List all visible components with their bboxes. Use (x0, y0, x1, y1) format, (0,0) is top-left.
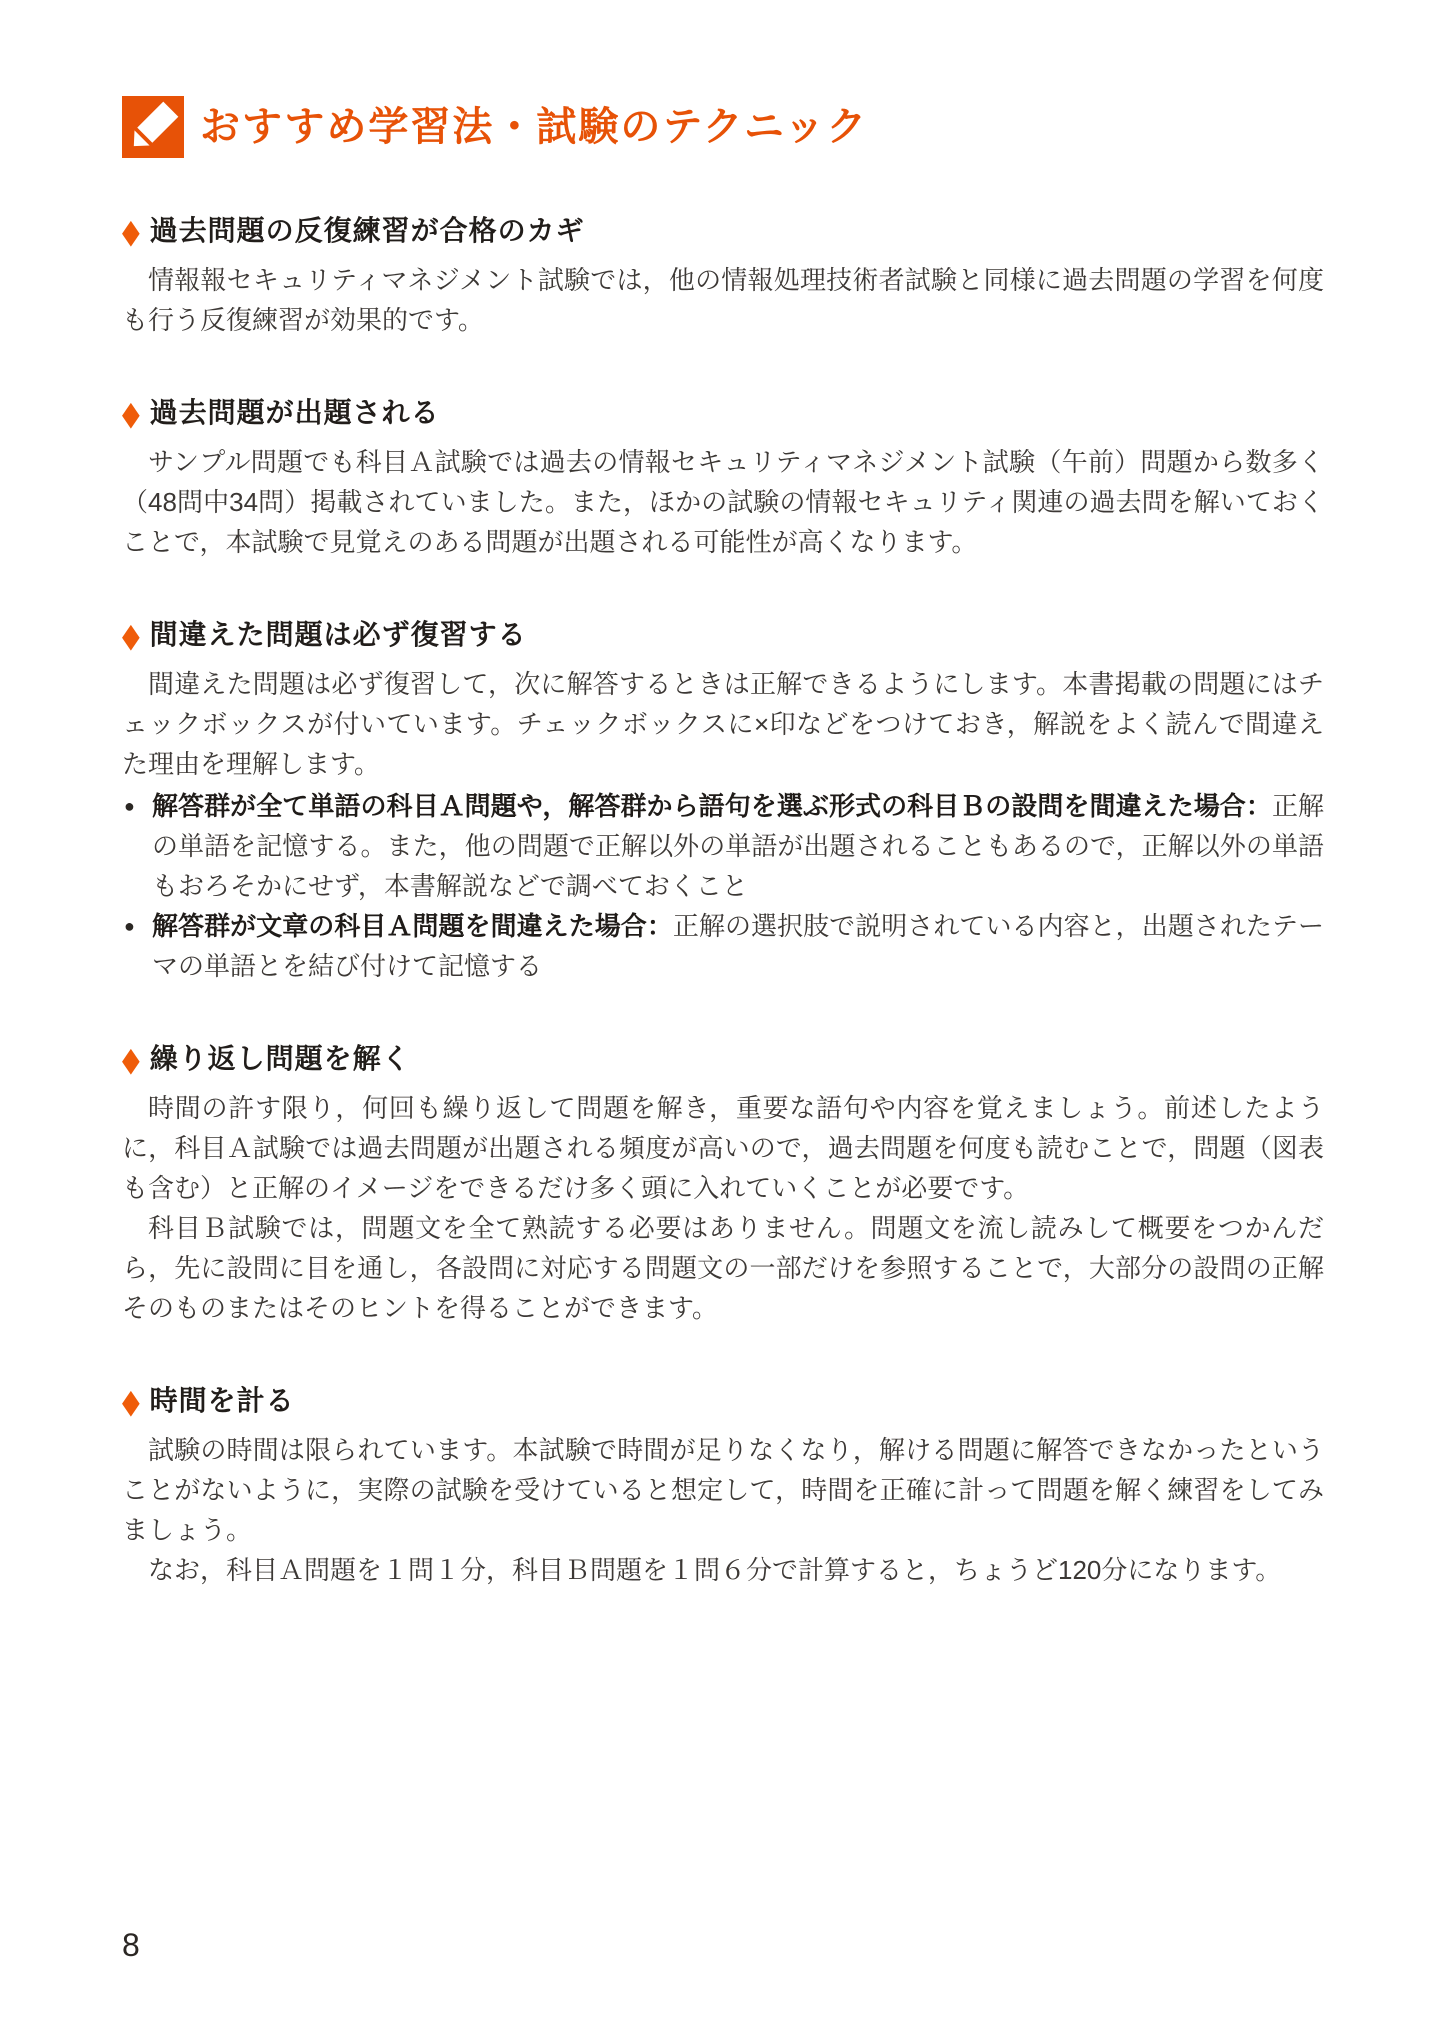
page-content: おすすめ学習法・試験のテクニック ◆ 過去問題の反復練習が合格のカギ 情報報セキ… (122, 96, 1324, 1590)
bullet-bold-label: 解答群が文章の科目Ａ問題を間違えた場合： (152, 911, 673, 941)
bullet-bold-label: 解答群が全て単語の科目Ａ問題や，解答群から語句を選ぶ形式の科目Ｂの設問を間違えた… (152, 791, 1272, 821)
bullet-icon: ● (124, 786, 135, 826)
diamond-icon: ◆ (122, 1381, 140, 1421)
bullet-list: ● 解答群が全て単語の科目Ａ問題や，解答群から語句を選ぶ形式の科目Ｂの設問を間違… (122, 786, 1324, 986)
section-heading: ◆ 間違えた問題は必ず復習する (122, 616, 1324, 654)
list-item: ● 解答群が文章の科目Ａ問題を間違えた場合：正解の選択肢で説明されている内容と，… (122, 906, 1324, 986)
page-header: おすすめ学習法・試験のテクニック (122, 96, 1324, 158)
section-heading-text: 過去問題の反復練習が合格のカギ (150, 212, 585, 250)
page-number: 8 (122, 1927, 140, 1964)
section-time-yourself: ◆ 時間を計る 試験の時間は限られています。本試験で時間が足りなくなり，解ける問… (122, 1382, 1324, 1590)
paragraph: 科目Ｂ試験では，問題文を全て熟読する必要はありません。問題文を流し読みして概要を… (122, 1208, 1324, 1328)
section-heading: ◆ 時間を計る (122, 1382, 1324, 1420)
diamond-icon: ◆ (122, 615, 140, 655)
section-solve-repeatedly: ◆ 繰り返し問題を解く 時間の許す限り，何回も繰り返して問題を解き，重要な語句や… (122, 1040, 1324, 1328)
paragraph: 間違えた問題は必ず復習して，次に解答するときは正解できるようにします。本書掲載の… (122, 664, 1324, 784)
section-heading: ◆ 過去問題の反復練習が合格のカギ (122, 212, 1324, 250)
bullet-icon: ● (124, 906, 135, 946)
page-title: おすすめ学習法・試験のテクニック (200, 96, 868, 158)
section-heading-text: 間違えた問題は必ず復習する (150, 616, 527, 654)
diamond-icon: ◆ (122, 211, 140, 251)
paragraph: 時間の許す限り，何回も繰り返して問題を解き，重要な語句や内容を覚えましょう。前述… (122, 1088, 1324, 1208)
paragraph: なお，科目Ａ問題を１問１分，科目Ｂ問題を１問６分で計算すると，ちょうど120分に… (122, 1550, 1324, 1590)
diamond-icon: ◆ (122, 1039, 140, 1079)
paragraph: 試験の時間は限られています。本試験で時間が足りなくなり，解ける問題に解答できなか… (122, 1430, 1324, 1550)
paragraph: サンプル問題でも科目Ａ試験では過去の情報セキュリティマネジメント試験（午前）問題… (122, 442, 1324, 562)
diamond-icon: ◆ (122, 393, 140, 433)
section-repetition-is-key: ◆ 過去問題の反復練習が合格のカギ 情報報セキュリティマネジメント試験では，他の… (122, 212, 1324, 340)
list-item: ● 解答群が全て単語の科目Ａ問題や，解答群から語句を選ぶ形式の科目Ｂの設問を間違… (122, 786, 1324, 906)
section-heading-text: 時間を計る (150, 1382, 295, 1420)
section-review-mistakes: ◆ 間違えた問題は必ず復習する 間違えた問題は必ず復習して，次に解答するときは正… (122, 616, 1324, 986)
document-page: おすすめ学習法・試験のテクニック ◆ 過去問題の反復練習が合格のカギ 情報報セキ… (0, 0, 1433, 2024)
pencil-icon (122, 96, 184, 158)
section-heading: ◆ 過去問題が出題される (122, 394, 1324, 432)
section-heading: ◆ 繰り返し問題を解く (122, 1040, 1324, 1078)
section-heading-text: 過去問題が出題される (150, 394, 440, 432)
section-heading-text: 繰り返し問題を解く (150, 1040, 411, 1078)
paragraph: 情報報セキュリティマネジメント試験では，他の情報処理技術者試験と同様に過去問題の… (122, 260, 1324, 340)
section-past-questions-appear: ◆ 過去問題が出題される サンプル問題でも科目Ａ試験では過去の情報セキュリティマ… (122, 394, 1324, 562)
